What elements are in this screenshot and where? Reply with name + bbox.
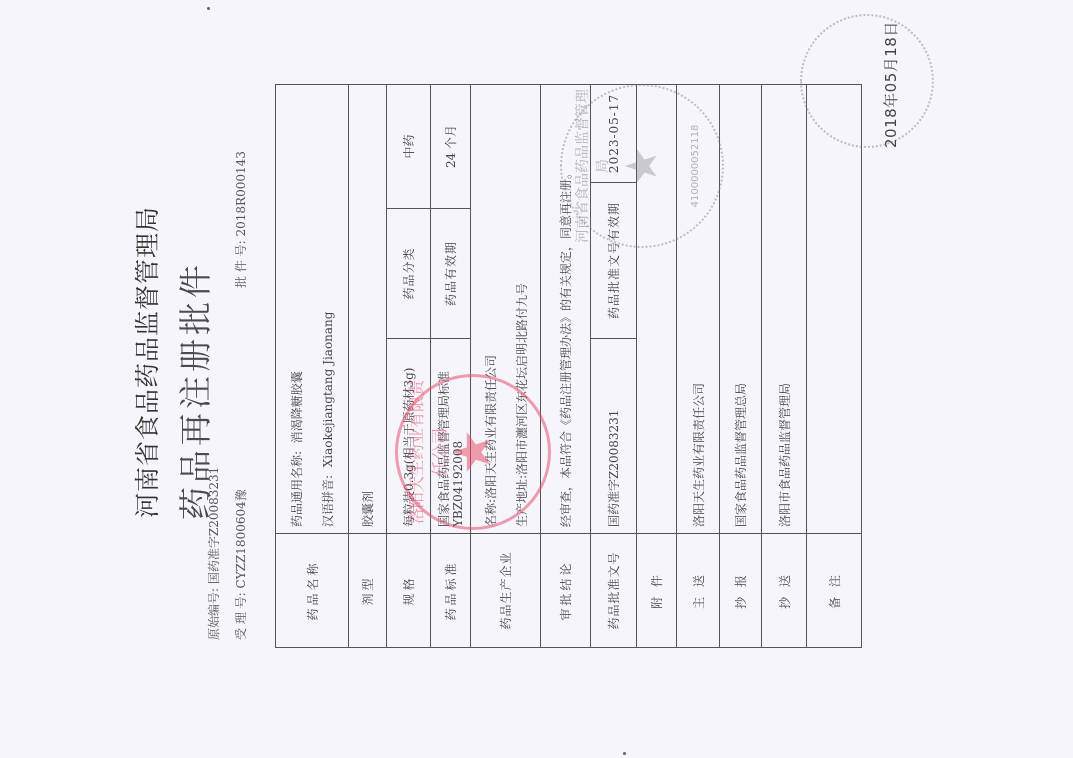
remarks-label: 备 注 (807, 534, 862, 648)
acceptance-number-value: CYZZ1800604豫 (234, 489, 248, 588)
report-to-value: 国家食品药品监督管理总局 (720, 85, 762, 534)
validity-label: 药品有效期 (431, 209, 471, 339)
row-report-to: 抄 报 国家食品药品监督管理总局 (720, 85, 762, 648)
original-number-label: 原始编号: (207, 588, 221, 640)
pinyin-value: Xiaokejiangtang Jiaonang (321, 312, 335, 468)
agency-heading: 河南省食品药品监督管理局 (128, 206, 164, 518)
row-standard: 药品标准 国家食品药品监督管理局标准 YBZ04192008 药品有效期 24 … (431, 85, 471, 648)
conclusion-label: 审批结论 (541, 534, 591, 648)
original-number: 原始编号: 国药准字Z20083231 (205, 467, 222, 640)
company-seal: 洛阳天生药业有限责任公司 ★ (395, 374, 551, 530)
scan-speck (207, 7, 210, 10)
star-icon: ★ (443, 429, 503, 476)
agency-seal-text: 河南省食品药品监督管理局 (572, 86, 612, 246)
approval-number-value: 2018R000143 (234, 151, 248, 236)
row-specification: 规格 每粒装0.3g(相当于原药材3g) 药品分类 中药 (387, 85, 431, 648)
copy-to-label: 抄 送 (762, 534, 807, 648)
generic-name-label: 药品通用名称: (290, 451, 304, 527)
category-label: 药品分类 (387, 209, 431, 339)
document-page: 河南省食品药品监督管理局 药品再注册批件 原始编号: 国药准字Z20083231… (0, 0, 1073, 758)
row-remarks: 备 注 (807, 85, 862, 648)
acceptance-number: 受 理 号: CYZZ1800604豫 (232, 489, 249, 640)
standard-label: 药品标准 (431, 534, 471, 648)
dosage-form-label: 剂型 (349, 534, 387, 648)
row-drug-name: 药品名称 药品通用名称: 消渴降糖胶囊 汉语拼音: Xiaokejiangtan… (276, 85, 349, 648)
star-icon: ★ (617, 146, 668, 185)
approval-number-value-cell: 国药准字Z20083231 (591, 339, 637, 534)
row-dosage-form: 剂型 胶囊剂 (349, 85, 387, 648)
agency-seal: 河南省食品药品监督管理局 ★ 4100000052118 (560, 84, 724, 248)
scan-speck (623, 752, 626, 755)
approval-number-label-cell: 药品批准文号 (591, 534, 637, 648)
drug-name-label: 药品名称 (276, 534, 349, 648)
agency-seal-code: 4100000052118 (690, 86, 701, 246)
report-to-label: 抄 报 (720, 534, 762, 648)
drug-name-value: 药品通用名称: 消渴降糖胶囊 汉语拼音: Xiaokejiangtang Jia… (276, 85, 349, 534)
category-value: 中药 (387, 85, 431, 209)
original-number-value: 国药准字Z20083231 (207, 467, 221, 584)
main-recipient-label: 主 送 (677, 534, 720, 648)
specification-label: 规格 (387, 534, 431, 648)
approval-number: 批 件 号: 2018R000143 (232, 151, 249, 288)
validity-value: 24 个月 (431, 85, 471, 209)
approval-number-label: 批 件 号: (234, 240, 248, 288)
copy-to-value: 洛阳市食品药品监督管理局 (762, 85, 807, 534)
row-manufacturer: 药品生产企业 名称:洛阳天生药业有限责任公司 生产地址:洛阳市瀍河区东花坛启明北… (471, 85, 541, 648)
pinyin-label: 汉语拼音: (321, 475, 335, 527)
generic-name-value: 消渴降糖胶囊 (290, 371, 304, 443)
attachment-label: 附 件 (637, 534, 677, 648)
row-copy-to: 抄 送 洛阳市食品药品监督管理局 (762, 85, 807, 648)
dosage-form-value: 胶囊剂 (349, 85, 387, 534)
remarks-value (807, 85, 862, 534)
manufacturer-label: 药品生产企业 (471, 534, 541, 648)
acceptance-number-label: 受 理 号: (234, 592, 248, 640)
date-seal (800, 14, 934, 148)
issue-date: 2018年05月18日 (880, 21, 901, 148)
